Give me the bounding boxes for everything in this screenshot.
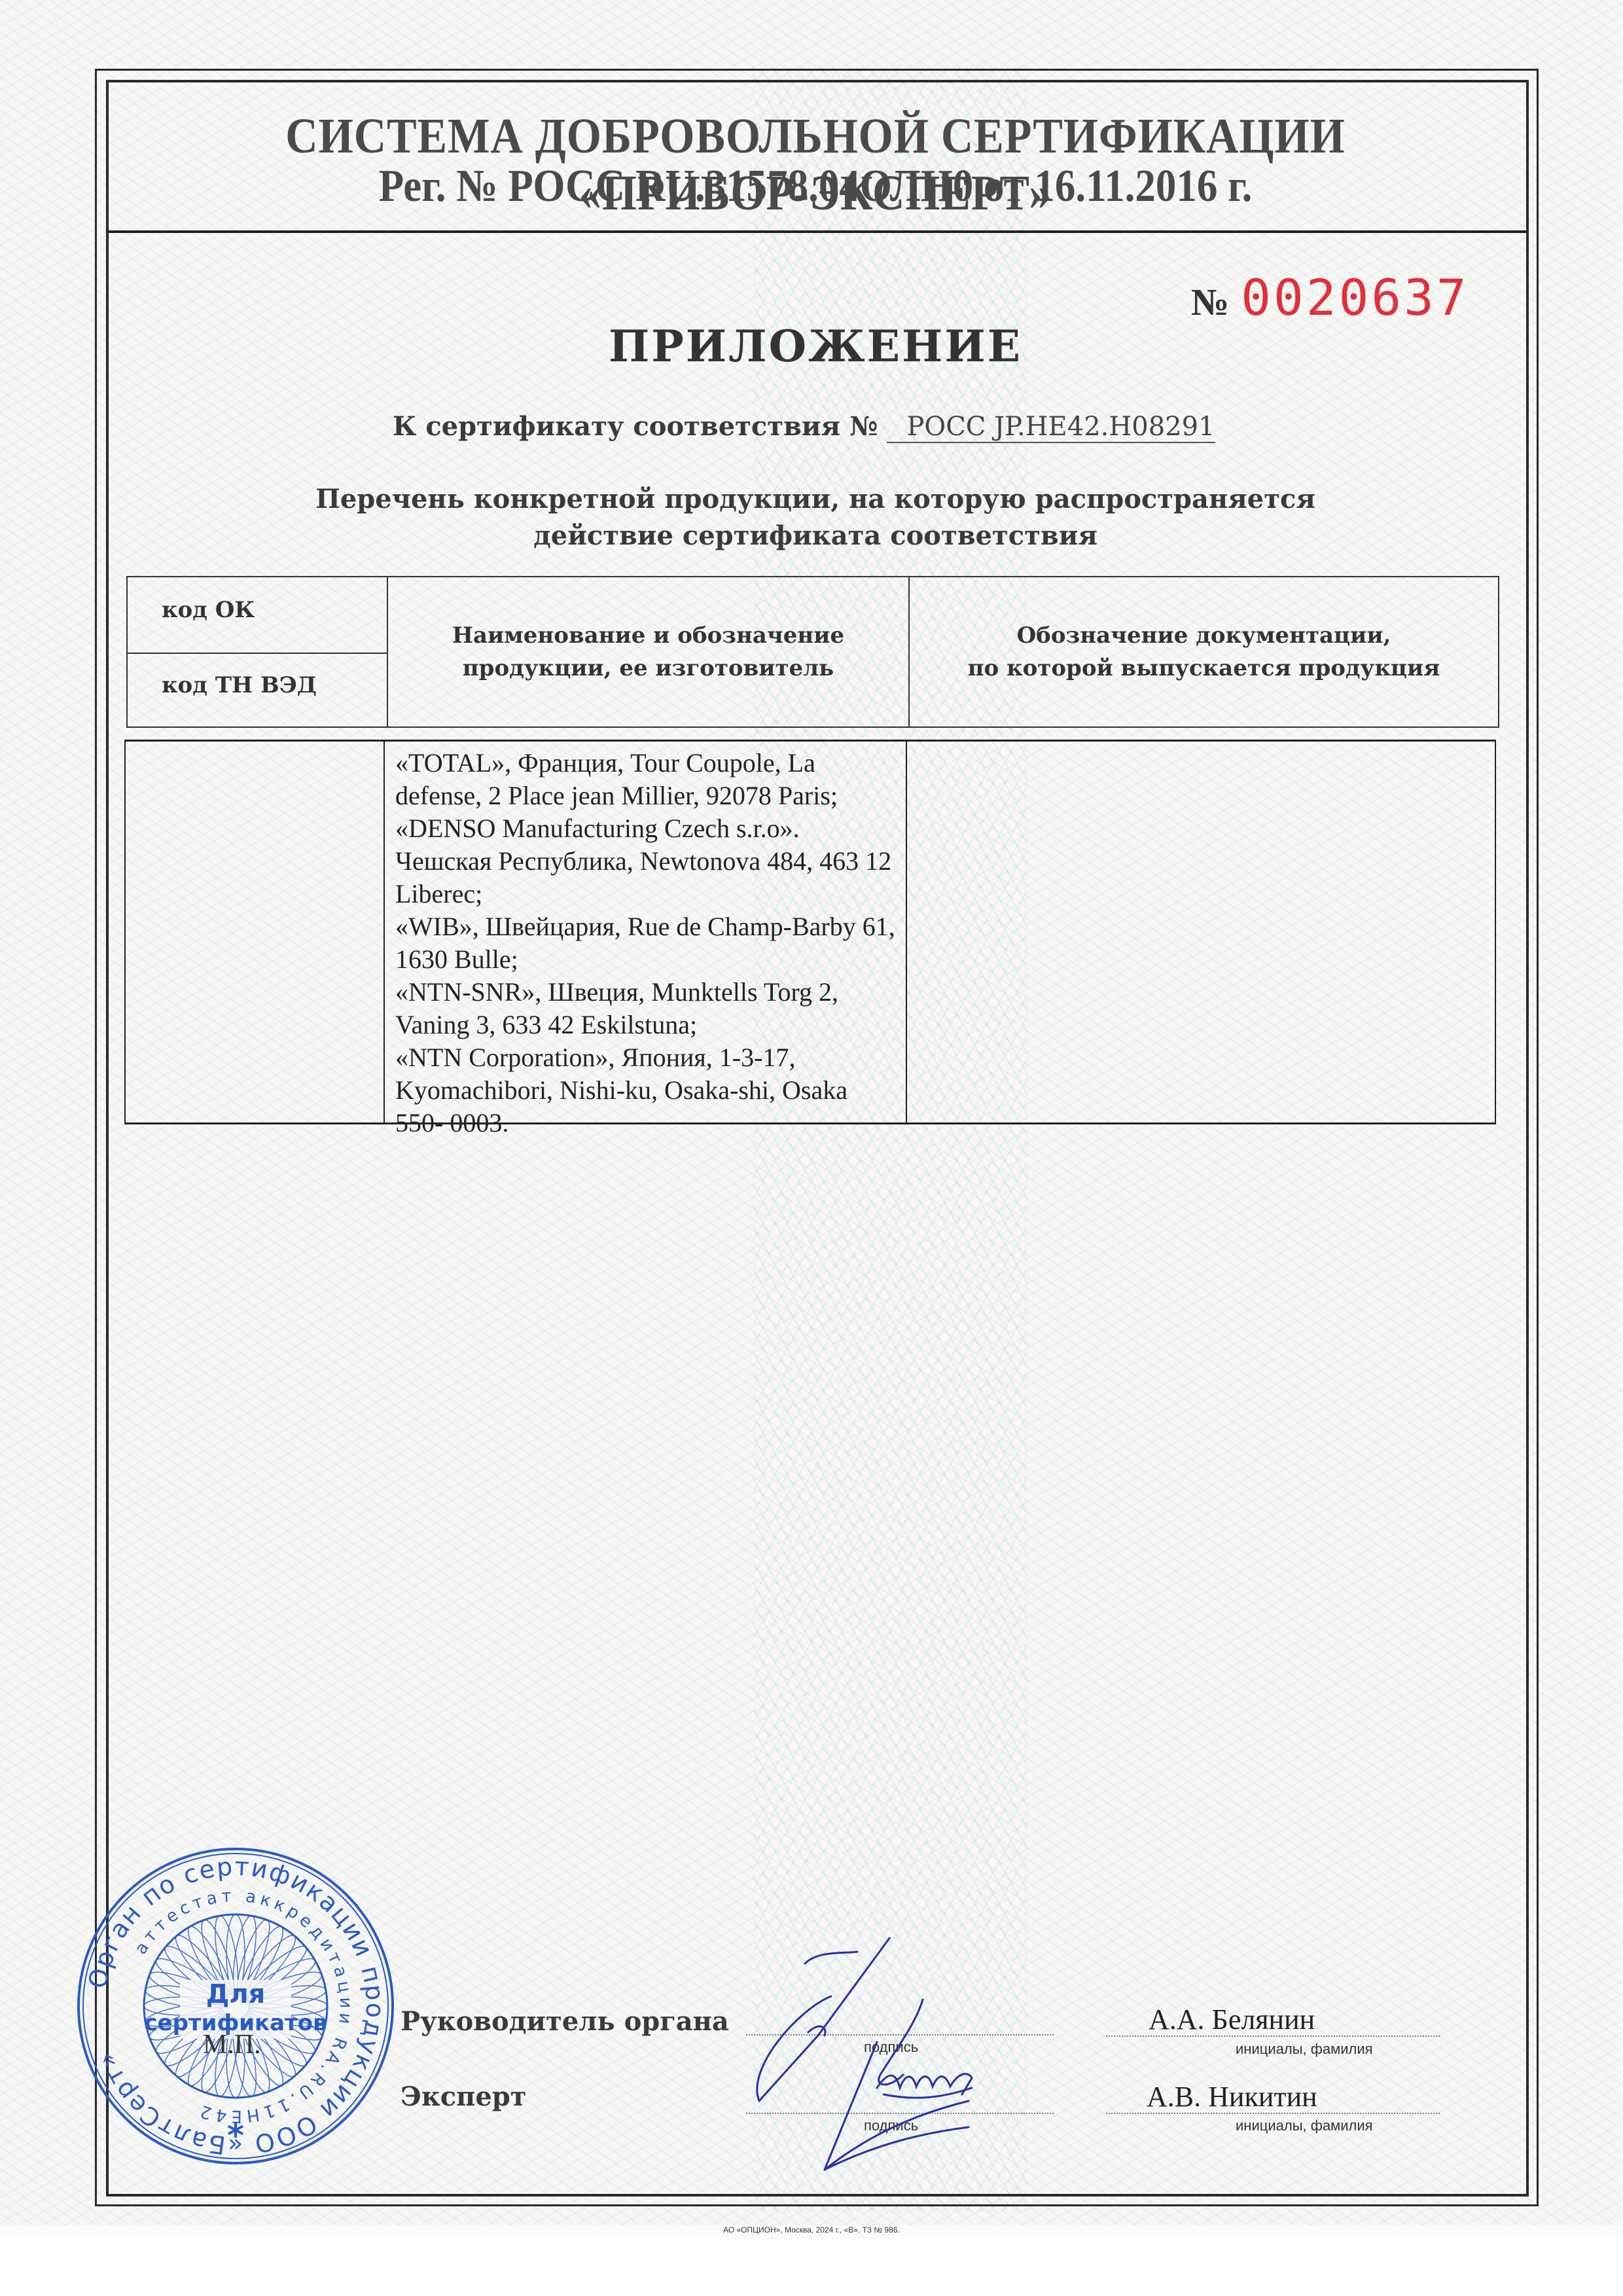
manufacturer-line: defense, 2 Place jean Millier, 92078 Par…: [395, 780, 906, 812]
code-tn-ved-label: код ТН ВЭД: [162, 672, 317, 698]
handwritten-signatures-icon: [720, 1937, 1113, 2173]
manufacturer-line: «TOTAL», Франция, Tour Coupole, La: [395, 747, 906, 780]
manufacturer-line: «WIB», Швейцария, Rue de Champ-Barby 61,: [395, 910, 906, 943]
certificate-reference-number: РОСС JP.НЕ42.Н08291: [887, 412, 1215, 443]
head-of-body-label: Руководитель органа: [401, 2006, 729, 2037]
documentation-cell: [907, 742, 1495, 1122]
manufacturer-line: 550- 0003.: [395, 1107, 906, 1139]
head-name: А.А. Белянин: [1149, 2003, 1315, 2036]
code-ok-cell: код ОК: [128, 577, 387, 654]
table-row: «TOTAL», Франция, Tour Coupole, La defen…: [124, 740, 1496, 1124]
product-header-line1: Наименование и обозначение: [452, 619, 844, 652]
manufacturer-line: Чешская Республика, Newtonova 484, 463 1…: [395, 845, 906, 878]
product-list-heading-line2: действие сертификата соответствия: [109, 518, 1522, 554]
docs-header-line2: по которой выпускается продукция: [968, 652, 1440, 685]
printer-imprint: АО «ОПЦИОН», Москва, 2024 г., «В». ТЗ № …: [0, 2225, 1623, 2234]
certificate-reference-label: К сертификату соответствия №: [393, 411, 878, 442]
manufacturer-line: «DENSO Manufacturing Czech s.r.o».: [395, 812, 906, 845]
number-sign: №: [1191, 281, 1229, 323]
expert-label: Эксперт: [401, 2081, 527, 2112]
stamp-center-line1: Для: [206, 1979, 266, 2009]
head-name-caption: инициалы, фамилия: [1236, 2041, 1373, 2058]
code-ok-label: код ОК: [162, 597, 255, 623]
code-column-header: код ОК код ТН ВЭД: [128, 577, 388, 726]
manufacturers-cell: «TOTAL», Франция, Tour Coupole, La defen…: [385, 742, 907, 1122]
documentation-column-header: Обозначение документации, по которой вып…: [910, 577, 1498, 726]
product-list-heading: Перечень конкретной продукции, на котору…: [109, 481, 1522, 554]
blank-serial-number: №0020637: [1191, 268, 1469, 327]
code-cell: [126, 742, 385, 1122]
certification-body-stamp-icon: Орган по сертификации продукции ООО «Бал…: [69, 1839, 402, 2173]
manufacturer-line: «NTN Corporation», Япония, 1-3-17,: [395, 1041, 906, 1074]
manufacturer-line: 1630 Bulle;: [395, 943, 906, 976]
header-separator-line: [106, 230, 1526, 233]
docs-header-line1: Обозначение документации,: [968, 619, 1440, 652]
seal-place-mark: М.П.: [203, 2029, 261, 2060]
product-table-header: код ОК код ТН ВЭД Наименование и обознач…: [126, 576, 1499, 728]
svg-text:*: *: [227, 2117, 244, 2155]
manufacturer-line: Liberec;: [395, 878, 906, 910]
manufacturer-line: Vaning 3, 633 42 Eskilstuna;: [395, 1009, 906, 1041]
product-name-column-header: Наименование и обозначение продукции, ее…: [388, 577, 910, 726]
manufacturer-line: «NTN-SNR», Швеция, Munktells Torg 2,: [395, 976, 906, 1009]
system-registration-number: Рег. № РОСС RU.31578.04ОЛН0 от 16.11.201…: [179, 160, 1452, 213]
page-margin: [0, 2238, 1623, 2296]
expert-name-caption: инициалы, фамилия: [1236, 2117, 1373, 2134]
product-list-heading-line1: Перечень конкретной продукции, на котору…: [109, 481, 1522, 518]
product-header-line2: продукции, ее изготовитель: [452, 652, 844, 685]
document-title: ПРИЛОЖЕНИЕ: [109, 321, 1522, 372]
certificate-reference: К сертификату соответствия №РОСС JP.НЕ42…: [393, 411, 1215, 443]
serial-number-value: 0020637: [1241, 268, 1469, 327]
manufacturer-line: Kyomachibori, Nishi-ku, Osaka-shi, Osaka: [395, 1074, 906, 1107]
expert-name: А.В. Никитин: [1147, 2080, 1317, 2113]
